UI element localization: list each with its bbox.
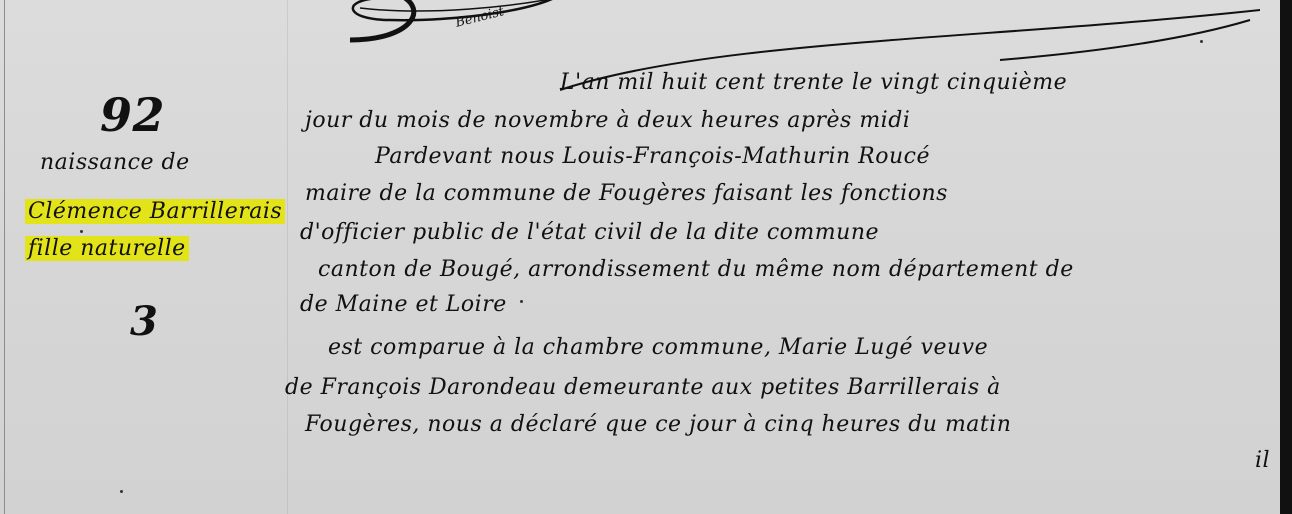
child-name: Clémence Barrillerais: [25, 199, 285, 224]
child-status: fille naturelle: [25, 236, 189, 261]
scan-right-edge: [1280, 0, 1292, 514]
record-number: 92: [100, 88, 165, 142]
body-line-1: L'an mil huit cent trente le vingt cinqu…: [560, 70, 1067, 95]
child-name-highlight: Clémence Barrillerais: [25, 199, 285, 224]
body-line-2: jour du mois de novembre à deux heures a…: [305, 108, 910, 133]
paper-speck: [80, 230, 83, 233]
paper-speck: [520, 300, 523, 303]
body-line-5: d'officier public de l'état civil de la …: [300, 220, 879, 245]
left-margin-edge: [4, 0, 5, 514]
body-line-9: de François Darondeau demeurante aux pet…: [285, 375, 1001, 400]
paper-speck: [1200, 40, 1203, 43]
body-line-11: il: [1255, 448, 1270, 473]
scanned-document-page: Benoist 92 naissance de Clémence Barrill…: [0, 0, 1280, 514]
body-line-10: Fougères, nous a déclaré que ce jour à c…: [305, 412, 1011, 437]
child-status-highlight: fille naturelle: [25, 236, 189, 261]
margin-sub-number: 3: [130, 298, 158, 345]
body-line-6-text: canton de Bougé, arrondissement du même …: [318, 257, 1074, 282]
margin-column-divider: [287, 0, 288, 514]
margin-title: naissance de: [40, 150, 190, 175]
body-line-6: canton de Bougé, arrondissement du même …: [318, 257, 1074, 282]
body-line-3: Pardevant nous Louis-François-Mathurin R…: [375, 144, 930, 169]
body-line-7: de Maine et Loire: [300, 292, 507, 317]
body-line-8: est comparue à la chambre commune, Marie…: [328, 335, 988, 360]
paper-speck: [120, 490, 123, 493]
body-line-4: maire de la commune de Fougères faisant …: [305, 181, 948, 206]
